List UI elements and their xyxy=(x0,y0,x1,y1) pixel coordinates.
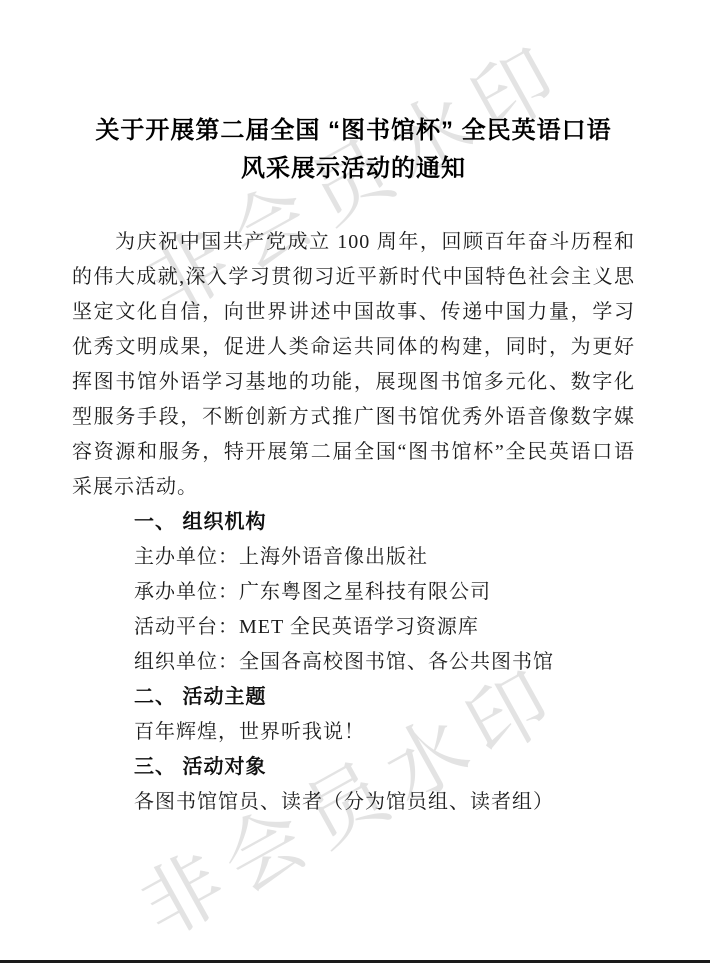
document-title: 关于开展第二届全国 “图书馆杯” 全民英语口语 风采展示活动的通知 xyxy=(72,112,635,188)
paragraph-line-5: 挥图书馆外语学习基地的功能，展现图书馆多元化、数字化等新 xyxy=(72,365,635,400)
paragraph-line-7: 容资源和服务，特开展第二届全国“图书馆杯”全民英语口语风 xyxy=(72,435,635,470)
section-item-activity-platform: 活动平台：MET 全民英语学习资源库 xyxy=(72,610,635,645)
section-item-organizing-unit: 组织单位：全国各高校图书馆、各公共图书馆 xyxy=(72,645,635,680)
paragraph-line-4: 优秀文明成果，促进人类命运共同体的构建，同时，为更好地发 xyxy=(72,330,635,365)
section-heading-organization: 一、 组织机构 xyxy=(72,505,635,540)
section-item-organizer-unit: 承办单位：广东粤图之星科技有限公司 xyxy=(72,575,635,610)
document-page: 非会员水印 非会员水印 关于开展第二届全国 “图书馆杯” 全民英语口语 风采展示… xyxy=(0,0,710,966)
section-item-theme: 百年辉煌，世界听我说！ xyxy=(72,715,635,750)
page-bottom-edge xyxy=(0,960,710,963)
paragraph-line-6: 型服务手段，不断创新方式推广图书馆优秀外语音像数字媒体内 xyxy=(72,400,635,435)
document-title-line-2: 风采展示活动的通知 xyxy=(72,150,635,188)
paragraph-line-3: 坚定文化自信，向世界讲述中国故事、传递中国力量，学习人类 xyxy=(72,295,635,330)
section-item-host-unit: 主办单位：上海外语音像出版社 xyxy=(72,540,635,575)
document-content: 关于开展第二届全国 “图书馆杯” 全民英语口语 风采展示活动的通知 为庆祝中国共… xyxy=(72,0,635,820)
section-item-target: 各图书馆馆员、读者（分为馆员组、读者组） xyxy=(72,785,635,820)
paragraph-line-2: 的伟大成就,深入学习贯彻习近平新时代中国特色社会主义思想， xyxy=(72,260,635,295)
document-body: 为庆祝中国共产党成立 100 周年，回顾百年奋斗历程和取得 的伟大成就,深入学习… xyxy=(72,225,635,820)
section-heading-target: 三、 活动对象 xyxy=(72,750,635,785)
paragraph-line-8: 采展示活动。 xyxy=(72,470,635,505)
paragraph-line-1: 为庆祝中国共产党成立 100 周年，回顾百年奋斗历程和取得 xyxy=(72,225,635,260)
section-heading-theme: 二、 活动主题 xyxy=(72,680,635,715)
document-title-line-1: 关于开展第二届全国 “图书馆杯” 全民英语口语 xyxy=(72,112,635,150)
